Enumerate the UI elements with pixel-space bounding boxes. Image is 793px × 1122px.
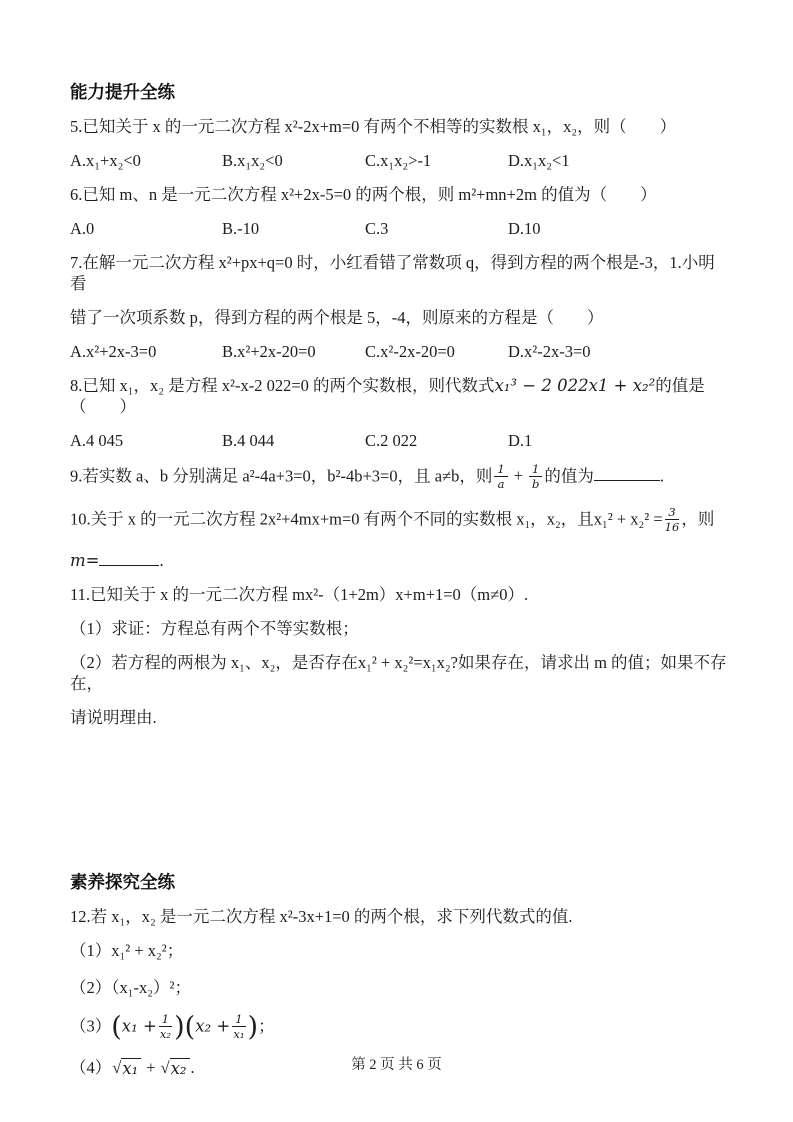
q12-part2: （2）（x₁-x₂）²； [70, 977, 727, 998]
q12-part3-term1: x₁ + [122, 1017, 157, 1036]
q10-period: . [159, 551, 163, 570]
q6-option-c: C.3 [365, 218, 508, 239]
left-paren: ( [185, 1012, 196, 1043]
q9-stem: 9.若实数 a、b 分别满足 a²-4a+3=0，b²-4b+3=0，且 a≠b… [70, 464, 727, 491]
q12-part3-fraction1: 1x₂ [159, 1013, 172, 1040]
page-number-footer: 第 2 页 共 6 页 [0, 1053, 793, 1074]
q10-answer-line: m=. [70, 550, 727, 571]
q8-option-a: A.4 045 [70, 430, 222, 451]
q11-part2-continued: 请说明理由. [70, 707, 727, 728]
plus-sign: + [514, 466, 523, 485]
q12-part3-label: （3） [70, 1017, 111, 1036]
q7-option-c: C.x²-2x-20=0 [365, 341, 508, 362]
fraction-numerator: 1 [159, 1013, 172, 1027]
fraction-denominator: 16 [665, 520, 680, 533]
q7-option-b: B.x²+2x-20=0 [222, 341, 365, 362]
q7-option-d: D.x²-2x-3=0 [508, 341, 727, 362]
fraction-numerator: 1 [529, 463, 542, 477]
q12-part1: （1）x₁² + x₂²； [70, 940, 727, 961]
q6-stem: 6.已知 m、n 是一元二次方程 x²+2x-5=0 的两个根，则 m²+mn+… [70, 184, 727, 205]
q12-part3: （3）(x₁ +1x₂)(x₂ +1x₁)； [70, 1014, 727, 1041]
q7-stem-line1: 7.在解一元二次方程 x²+px+q=0 时，小红看错了常数项 q，得到方程的两… [70, 252, 727, 294]
blank-work-space [70, 741, 727, 872]
q5-option-c: C.x₁x₂>-1 [365, 150, 508, 171]
q9-fraction-2: 1b [529, 463, 542, 490]
q5-stem: 5.已知关于 x 的一元二次方程 x²-2x+m=0 有两个不相等的实数根 x₁… [70, 116, 727, 137]
fraction-numerator: 3 [665, 506, 678, 520]
q6-option-a: A.0 [70, 218, 222, 239]
section1-heading: 能力提升全练 [70, 82, 727, 102]
q10-answer-blank [99, 550, 159, 566]
fraction-numerator: 1 [494, 463, 507, 477]
fraction-numerator: 1 [232, 1013, 245, 1027]
q7-option-a: A.x²+2x-3=0 [70, 341, 222, 362]
q9-period: . [660, 466, 664, 485]
right-paren: ) [248, 1012, 259, 1043]
q9-fraction-1: 1a [494, 463, 507, 490]
q10-stem: 10.关于 x 的一元二次方程 2x²+4mx+m=0 有两个不同的实数根 x₁… [70, 507, 727, 534]
q9-text-pre: 9.若实数 a、b 分别满足 a²-4a+3=0，b²-4b+3=0，且 a≠b… [70, 466, 492, 485]
q5-option-d: D.x₁x₂<1 [508, 150, 727, 171]
q5-option-b: B.x₁x₂<0 [222, 150, 365, 171]
q8-option-c: C.2 022 [365, 430, 508, 451]
q11-part1: （1）求证：方程总有两个不等实数根； [70, 618, 727, 639]
fraction-denominator: x₂ [160, 1027, 171, 1040]
q8-option-d: D.1 [508, 430, 727, 451]
q11-stem: 11.已知关于 x 的一元二次方程 mx²-（1+2m）x+m+1=0（m≠0）… [70, 584, 727, 605]
q6-options: A.0 B.-10 C.3 D.10 [70, 218, 727, 239]
q8-option-b: B.4 044 [222, 430, 365, 451]
q9-text-post: 的值为 [544, 466, 594, 485]
q5-option-a: A.x₁+x₂<0 [70, 150, 222, 171]
q5-options: A.x₁+x₂<0 B.x₁x₂<0 C.x₁x₂>-1 D.x₁x₂<1 [70, 150, 727, 171]
q10-text-post: ，则 [681, 509, 714, 528]
q10-fraction: 316 [665, 506, 680, 533]
q7-stem-line2: 错了一次项系数 p，得到方程的两个根是 5，-4，则原来的方程是（ ） [70, 307, 727, 328]
q6-option-b: B.-10 [222, 218, 365, 239]
q12-part3-semicolon: ； [258, 1017, 275, 1036]
q12-stem: 12.若 x₁，x₂ 是一元二次方程 x²-3x+1=0 的两个根，求下列代数式… [70, 906, 727, 927]
q8-options: A.4 045 B.4 044 C.2 022 D.1 [70, 430, 727, 451]
section2-heading: 素养探究全练 [70, 872, 727, 892]
left-paren: ( [111, 1012, 122, 1043]
q12-part3-term2: x₂ + [195, 1017, 230, 1036]
q12-part3-fraction2: 1x₁ [232, 1013, 245, 1040]
worksheet-page: 能力提升全练 5.已知关于 x 的一元二次方程 x²-2x+m=0 有两个不相等… [0, 0, 793, 1122]
q7-options: A.x²+2x-3=0 B.x²+2x-20=0 C.x²-2x-20=0 D.… [70, 341, 727, 362]
q11-part2: （2）若方程的两根为 x₁、x₂，是否存在x₁² + x₂²=x₁x₂?如果存在… [70, 652, 727, 694]
fraction-denominator: a [498, 477, 505, 490]
q10-m-equals: m= [70, 551, 99, 570]
right-paren: ) [174, 1012, 185, 1043]
q8-expression: x₁³ − 2 022x1 + x₂² [495, 376, 656, 395]
fraction-denominator: b [532, 477, 539, 490]
q8-stem: 8.已知 x₁，x₂ 是方程 x²-x-2 022=0 的两个实数根，则代数式x… [70, 375, 727, 417]
q8-text-pre: 8.已知 x₁，x₂ 是方程 x²-x-2 022=0 的两个实数根，则代数式 [70, 376, 495, 395]
q6-option-d: D.10 [508, 218, 727, 239]
q10-text-pre: 10.关于 x 的一元二次方程 2x²+4mx+m=0 有两个不同的实数根 x₁… [70, 509, 663, 528]
fraction-denominator: x₁ [233, 1027, 244, 1040]
q9-answer-blank [594, 465, 660, 481]
